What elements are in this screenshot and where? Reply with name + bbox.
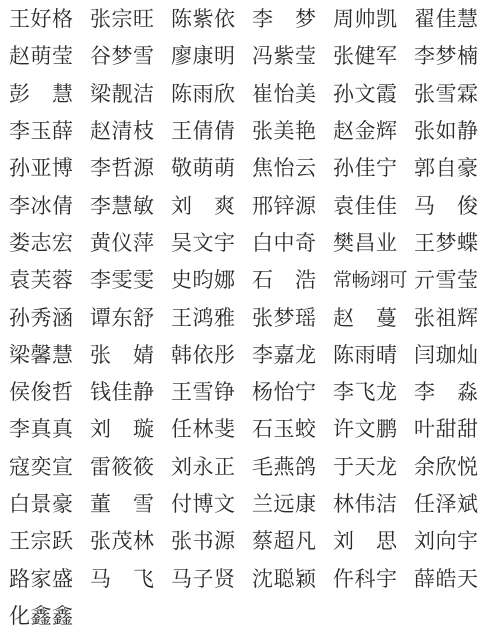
name-cell: 薛皓天	[414, 569, 478, 590]
name-cell: 李嘉龙	[252, 345, 316, 366]
name-cell: 李玉薛	[9, 121, 73, 142]
name-cell: 白中奇	[252, 233, 316, 254]
name-cell: 陈雨晴	[333, 345, 397, 366]
name-cell: 余欣悦	[414, 457, 478, 478]
name-cell: 李冰倩	[9, 196, 73, 217]
name-cell: 马俊	[414, 196, 478, 217]
name-cell: 毛燕鸽	[252, 457, 316, 478]
name-cell: 孙亚博	[9, 158, 73, 179]
name-cell: 赵蔓	[333, 308, 397, 329]
name-cell: 许文鹏	[333, 419, 397, 440]
name-cell: 张祖辉	[414, 308, 478, 329]
name-cell: 石玉蛟	[252, 419, 316, 440]
name-cell: 李慧敏	[90, 196, 154, 217]
name-cell: 亓雪莹	[414, 270, 478, 291]
name-cell: 李淼	[414, 382, 478, 403]
name-roster-page: { "page": { "background_color": "#ffffff…	[0, 0, 482, 634]
name-cell: 李梦	[252, 9, 316, 30]
name-cell: 仵科宇	[333, 569, 397, 590]
name-cell: 王雪铮	[171, 382, 235, 403]
name-cell: 于天龙	[333, 457, 397, 478]
name-cell: 陈雨欣	[171, 84, 235, 105]
name-cell: 娄志宏	[9, 233, 73, 254]
name-cell: 王宗跃	[9, 531, 73, 552]
name-cell: 雷筱筱	[90, 457, 154, 478]
name-cell: 韩依彤	[171, 345, 235, 366]
name-cell: 李哲源	[90, 158, 154, 179]
name-cell: 赵萌莹	[9, 46, 73, 67]
name-cell: 石浩	[252, 270, 316, 291]
name-cell: 刘思	[333, 531, 397, 552]
name-cell: 路家盛	[9, 569, 73, 590]
name-cell: 化鑫鑫	[9, 606, 73, 627]
name-cell: 赵清枝	[90, 121, 154, 142]
name-cell: 张茂林	[90, 531, 154, 552]
name-cell: 李雯雯	[90, 270, 154, 291]
name-cell: 任泽斌	[414, 494, 478, 515]
name-cell: 寇奕宣	[9, 457, 73, 478]
name-cell: 刘向宇	[414, 531, 478, 552]
name-cell: 李梦楠	[414, 46, 478, 67]
name-cell: 林伟洁	[333, 494, 397, 515]
name-cell: 王好格	[9, 9, 73, 30]
name-cell: 张书源	[171, 531, 235, 552]
name-cell: 马飞	[90, 569, 154, 590]
name-cell: 常畅翊可	[333, 271, 397, 290]
name-cell: 张雪霖	[414, 84, 478, 105]
name-cell: 袁佳佳	[333, 196, 397, 217]
name-cell: 闫珈灿	[414, 345, 478, 366]
name-cell: 谭东舒	[90, 308, 154, 329]
name-cell: 翟佳慧	[414, 9, 478, 30]
name-cell: 任林斐	[171, 419, 235, 440]
name-cell: 史昀娜	[171, 270, 235, 291]
name-cell: 焦怡云	[252, 158, 316, 179]
name-cell: 孙佳宁	[333, 158, 397, 179]
name-cell: 周帅凯	[333, 9, 397, 30]
name-cell: 梁靓洁	[90, 84, 154, 105]
name-cell: 付博文	[171, 494, 235, 515]
name-cell: 杨怡宁	[252, 382, 316, 403]
name-cell: 张美艳	[252, 121, 316, 142]
name-cell: 陈紫依	[171, 9, 235, 30]
name-cell: 彭慧	[9, 84, 73, 105]
name-cell: 张健军	[333, 46, 397, 67]
name-cell: 张宗旺	[90, 9, 154, 30]
name-cell: 张婧	[90, 345, 154, 366]
name-cell: 谷梦雪	[90, 46, 154, 67]
name-cell: 李真真	[9, 419, 73, 440]
name-cell: 钱佳静	[90, 382, 154, 403]
name-cell: 王梦蝶	[414, 233, 478, 254]
name-cell: 张如静	[414, 121, 478, 142]
name-grid: 王好格张宗旺陈紫依李梦周帅凯翟佳慧赵萌莹谷梦雪廖康明冯紫莹张健军李梦楠彭慧梁靓洁…	[0, 0, 482, 634]
name-cell: 王倩倩	[171, 121, 235, 142]
name-cell: 王鸿雅	[171, 308, 235, 329]
name-cell: 刘璇	[90, 419, 154, 440]
name-cell: 邢锌源	[252, 196, 316, 217]
name-cell: 袁芙蓉	[9, 270, 73, 291]
name-cell: 黄仪萍	[90, 233, 154, 254]
name-cell: 冯紫莹	[252, 46, 316, 67]
name-cell: 梁馨慧	[9, 345, 73, 366]
name-cell: 樊昌业	[333, 233, 397, 254]
name-cell: 孙秀涵	[9, 308, 73, 329]
name-cell: 沈聪颖	[252, 569, 316, 590]
name-cell: 蔡超凡	[252, 531, 316, 552]
name-cell: 敬萌萌	[171, 158, 235, 179]
name-cell: 崔怡美	[252, 84, 316, 105]
name-cell: 刘永正	[171, 457, 235, 478]
name-cell: 董雪	[90, 494, 154, 515]
name-cell: 孙文霞	[333, 84, 397, 105]
name-cell: 侯俊哲	[9, 382, 73, 403]
name-cell: 白景豪	[9, 494, 73, 515]
name-cell: 赵金辉	[333, 121, 397, 142]
name-cell: 兰远康	[252, 494, 316, 515]
name-cell: 刘爽	[171, 196, 235, 217]
name-cell: 马子贤	[171, 569, 235, 590]
name-cell: 张梦瑶	[252, 308, 316, 329]
name-cell: 李飞龙	[333, 382, 397, 403]
name-cell: 吴文宇	[171, 233, 235, 254]
name-cell: 郭自豪	[414, 158, 478, 179]
name-cell: 廖康明	[171, 46, 235, 67]
name-cell: 叶甜甜	[414, 419, 478, 440]
